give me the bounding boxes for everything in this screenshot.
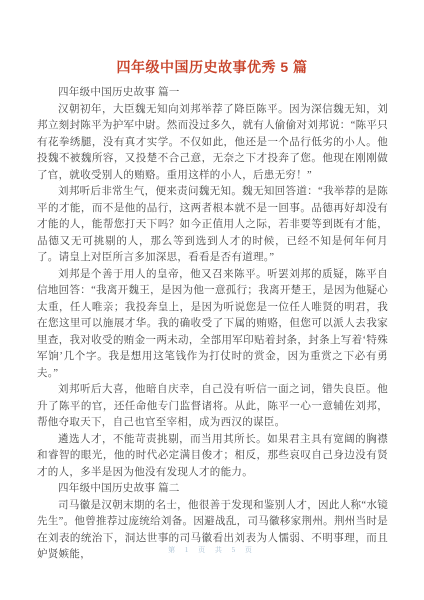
section-heading: 四年级中国历史故事 篇二	[37, 481, 388, 498]
document-page: 四年级中国历史故事优秀 5 篇 四年级中国历史故事 篇一汉朝初年，大臣魏无知向刘…	[0, 0, 424, 600]
section-heading: 四年级中国历史故事 篇一	[37, 85, 388, 102]
body-paragraph: 刘邦听后大喜，他暗自庆幸，自己没有听信一面之词，错失良臣。他升了陈平的官，还任命…	[37, 382, 388, 432]
body-paragraph: 刘邦是个善于用人的皇帝，他又召来陈平。听罢刘邦的质疑，陈平自信地回答：“我离开魏…	[37, 267, 388, 383]
page-number-footer: 第 1 页 共 5 页	[0, 545, 424, 555]
document-body: 四年级中国历史故事 篇一汉朝初年，大臣魏无知向刘邦举荐了降臣陈平。因为深信魏无知…	[37, 85, 388, 564]
body-paragraph: 汉朝初年，大臣魏无知向刘邦举荐了降臣陈平。因为深信魏无知，刘邦立刻封陈平为护军中…	[37, 102, 388, 185]
document-title: 四年级中国历史故事优秀 5 篇	[0, 0, 424, 76]
body-paragraph: 遴选人才，不能苛责挑剔，而当用其所长。如果君主具有宽阔的胸襟和睿智的眼光，他的时…	[37, 432, 388, 482]
body-paragraph: 刘邦听后非常生气，便来责问魏无知。魏无知回答道：“我举荐的是陈平的才能，而不是他…	[37, 184, 388, 267]
